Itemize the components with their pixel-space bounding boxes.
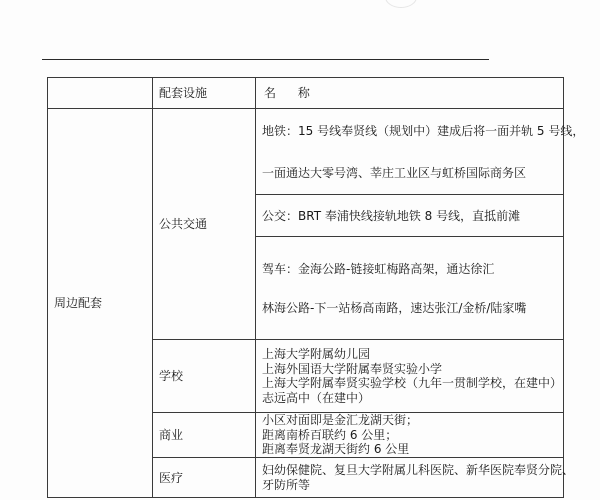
header-cell-facility: 配套设施: [153, 78, 256, 109]
category-public-transport: 公共交通: [153, 109, 256, 340]
commerce-line-2: 距离南桥百联约 6 公里；: [262, 428, 559, 443]
subway-line-1: 地铁：15 号线奉贤线（规划中）建成后将一面并轨 5 号线，: [262, 124, 559, 138]
school-line-4: 志远高中（在建中）: [262, 391, 559, 406]
medical-info: 妇幼保健院、复旦大学附属儿科医院、新华医院奉贤分院、 牙防所等: [256, 458, 564, 498]
driving-info: 驾车：金海公路-链接虹梅路高架，通达徐汇 林海公路-下一站杨高南路，速达张江/金…: [256, 237, 564, 340]
school-info: 上海大学附属幼儿园 上海外国语大学附属奉贤实验小学 上海大学附属奉贤实验学校（九…: [256, 340, 564, 413]
school-line-3: 上海大学附属奉贤实验学校（九年一贯制学校，在建中）: [262, 376, 559, 391]
faint-stamp-mark: [385, 0, 417, 8]
category-school: 学校: [153, 340, 256, 413]
section-label-surroundings: 周边配套: [48, 109, 153, 498]
commerce-line-3: 距离奉贤龙湖天街约 6 公里: [262, 442, 559, 457]
commerce-line-1: 小区对面即是金汇龙湖天街；: [262, 413, 559, 428]
subway-info: 地铁：15 号线奉贤线（规划中）建成后将一面并轨 5 号线， 一面通达大零号湾、…: [256, 109, 564, 195]
header-rule: [42, 59, 489, 60]
header-cell-blank: [48, 78, 153, 109]
driving-line-1: 驾车：金海公路-链接虹梅路高架，通达徐汇: [262, 262, 559, 276]
bus-info: 公交：BRT 奉浦快线接轨地铁 8 号线，直抵前滩: [256, 195, 564, 237]
facilities-table: 配套设施 名 称 周边配套 公共交通 地铁：15 号线奉贤线（规划中）建成后将一…: [47, 77, 564, 498]
category-medical: 医疗: [153, 458, 256, 498]
table-header-row: 配套设施 名 称: [48, 78, 564, 109]
commerce-info: 小区对面即是金汇龙湖天街； 距离南桥百联约 6 公里； 距离奉贤龙湖天街约 6 …: [256, 413, 564, 458]
header-cell-name: 名 称: [256, 78, 564, 109]
school-line-2: 上海外国语大学附属奉贤实验小学: [262, 362, 559, 377]
category-commerce: 商业: [153, 413, 256, 458]
driving-line-2: 林海公路-下一站杨高南路，速达张江/金桥/陆家嘴: [262, 301, 559, 315]
medical-line-2: 牙防所等: [262, 478, 559, 493]
subway-line-2: 一面通达大零号湾、莘庄工业区与虹桥国际商务区: [262, 166, 559, 180]
school-line-1: 上海大学附属幼儿园: [262, 347, 559, 362]
bus-line-1: 公交：BRT 奉浦快线接轨地铁 8 号线，直抵前滩: [262, 209, 559, 223]
table-row-subway: 周边配套 公共交通 地铁：15 号线奉贤线（规划中）建成后将一面并轨 5 号线，…: [48, 109, 564, 195]
medical-line-1: 妇幼保健院、复旦大学附属儿科医院、新华医院奉贤分院、: [262, 463, 559, 478]
